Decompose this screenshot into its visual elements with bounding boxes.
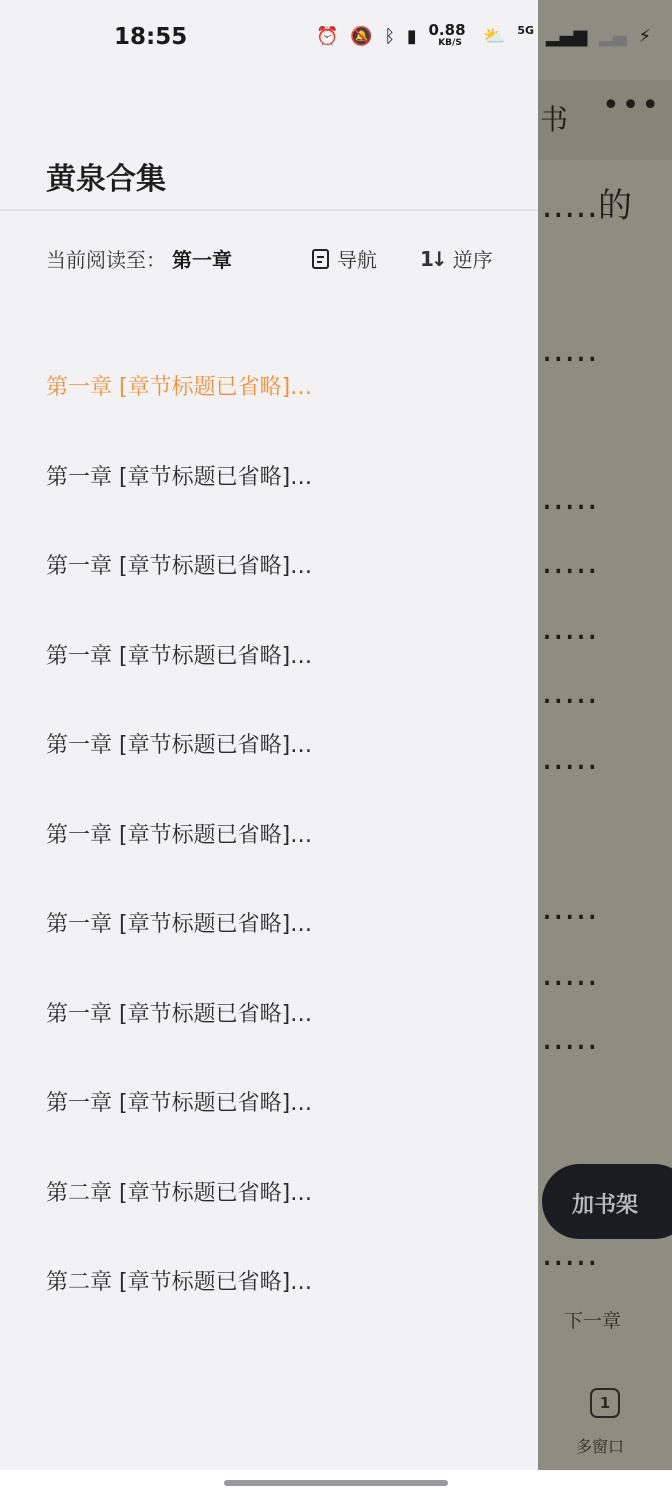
net-speed: 0.88KB/S bbox=[429, 24, 472, 50]
chapter-item[interactable]: 第一章 [章节标题已省略]… bbox=[46, 1086, 476, 1176]
reader-text-line: …… bbox=[530, 888, 598, 928]
bookshelf-label-fragment[interactable]: 书 bbox=[540, 98, 568, 138]
reader-text-line: …… bbox=[530, 542, 598, 582]
add-to-shelf-button[interactable]: 加书架 bbox=[542, 1164, 672, 1239]
chapter-item[interactable]: 第一章 [章节标题已省略]… bbox=[46, 997, 476, 1087]
network-type: 5G bbox=[517, 24, 534, 37]
progress-value: 第一章 bbox=[172, 248, 232, 272]
bluetooth-icon: ᛒ bbox=[384, 26, 395, 47]
chapter-list: 第一章 [章节标题已省略]…第一章 [章节标题已省略]…第一章 [章节标题已省略… bbox=[46, 370, 476, 1355]
battery-icon: ▮ bbox=[407, 26, 417, 47]
mute-icon: 🔕 bbox=[350, 26, 372, 47]
reader-text-line: …… bbox=[530, 478, 598, 518]
chapter-item-current[interactable]: 第一章 [章节标题已省略]… bbox=[46, 370, 476, 460]
progress-label: 当前阅读至： bbox=[46, 248, 166, 272]
chapter-item[interactable]: 第一章 [章节标题已省略]… bbox=[46, 818, 476, 908]
chapter-item[interactable]: 第一章 [章节标题已省略]… bbox=[46, 460, 476, 550]
navigation-label: 导航 bbox=[337, 244, 377, 273]
multi-window-icon[interactable]: 1 bbox=[590, 1388, 620, 1418]
reader-text-line: ……的 bbox=[530, 178, 632, 227]
next-chapter-button[interactable]: 下一章 bbox=[564, 1306, 621, 1333]
chapter-item[interactable]: 第一章 [章节标题已省略]… bbox=[46, 728, 476, 818]
signal-icon-2: ▂▄ bbox=[599, 26, 627, 47]
reader-text-line: …… bbox=[530, 608, 598, 648]
reading-progress: 当前阅读至：第一章 bbox=[46, 244, 232, 273]
multi-window-label[interactable]: 多窗口 bbox=[576, 1434, 624, 1457]
reverse-order-button[interactable]: 1↓ 逆序 bbox=[420, 244, 493, 273]
sort-arrows-icon: 1↓ bbox=[420, 247, 445, 271]
weather-icon: ⛅ bbox=[483, 26, 505, 47]
chapter-item[interactable]: 第二章 [章节标题已省略]… bbox=[46, 1265, 476, 1355]
reader-text-line: …… bbox=[530, 954, 598, 994]
chapter-item[interactable]: 第一章 [章节标题已省略]… bbox=[46, 549, 476, 639]
reader-text-line: …… bbox=[530, 330, 598, 370]
book-title: 黄泉合集 bbox=[46, 154, 166, 198]
status-time: 18:55 bbox=[114, 24, 187, 50]
reader-text-line: …… bbox=[530, 1234, 598, 1274]
status-icons: ⏰ 🔕 ᛒ ▮ 0.88KB/S ⛅ 5G ▂▄▆ ▂▄ ⚡ bbox=[316, 24, 657, 50]
chapter-item[interactable]: 第一章 [章节标题已省略]… bbox=[46, 639, 476, 729]
reverse-order-label: 逆序 bbox=[453, 244, 493, 273]
chapter-item[interactable]: 第二章 [章节标题已省略]… bbox=[46, 1176, 476, 1266]
document-icon bbox=[312, 249, 329, 269]
navigation-button[interactable]: 导航 bbox=[312, 244, 377, 273]
alarm-icon: ⏰ bbox=[316, 26, 338, 47]
home-indicator[interactable] bbox=[224, 1480, 448, 1486]
charging-icon: ⚡ bbox=[639, 26, 652, 47]
reader-text-line: …… bbox=[530, 672, 598, 712]
more-options-icon[interactable]: ••• bbox=[602, 88, 661, 123]
status-bar: 18:55 ⏰ 🔕 ᛒ ▮ 0.88KB/S ⛅ 5G ▂▄▆ ▂▄ ⚡ bbox=[0, 0, 672, 76]
divider bbox=[0, 209, 538, 211]
reader-text-line: …… bbox=[530, 738, 598, 778]
reader-text-line: …… bbox=[530, 1018, 598, 1058]
chapter-drawer: 黄泉合集 当前阅读至：第一章 导航 1↓ 逆序 第一章 [章节标题已省略]…第一… bbox=[0, 0, 538, 1470]
signal-icon: ▂▄▆ bbox=[546, 26, 588, 47]
chapter-item[interactable]: 第一章 [章节标题已省略]… bbox=[46, 907, 476, 997]
